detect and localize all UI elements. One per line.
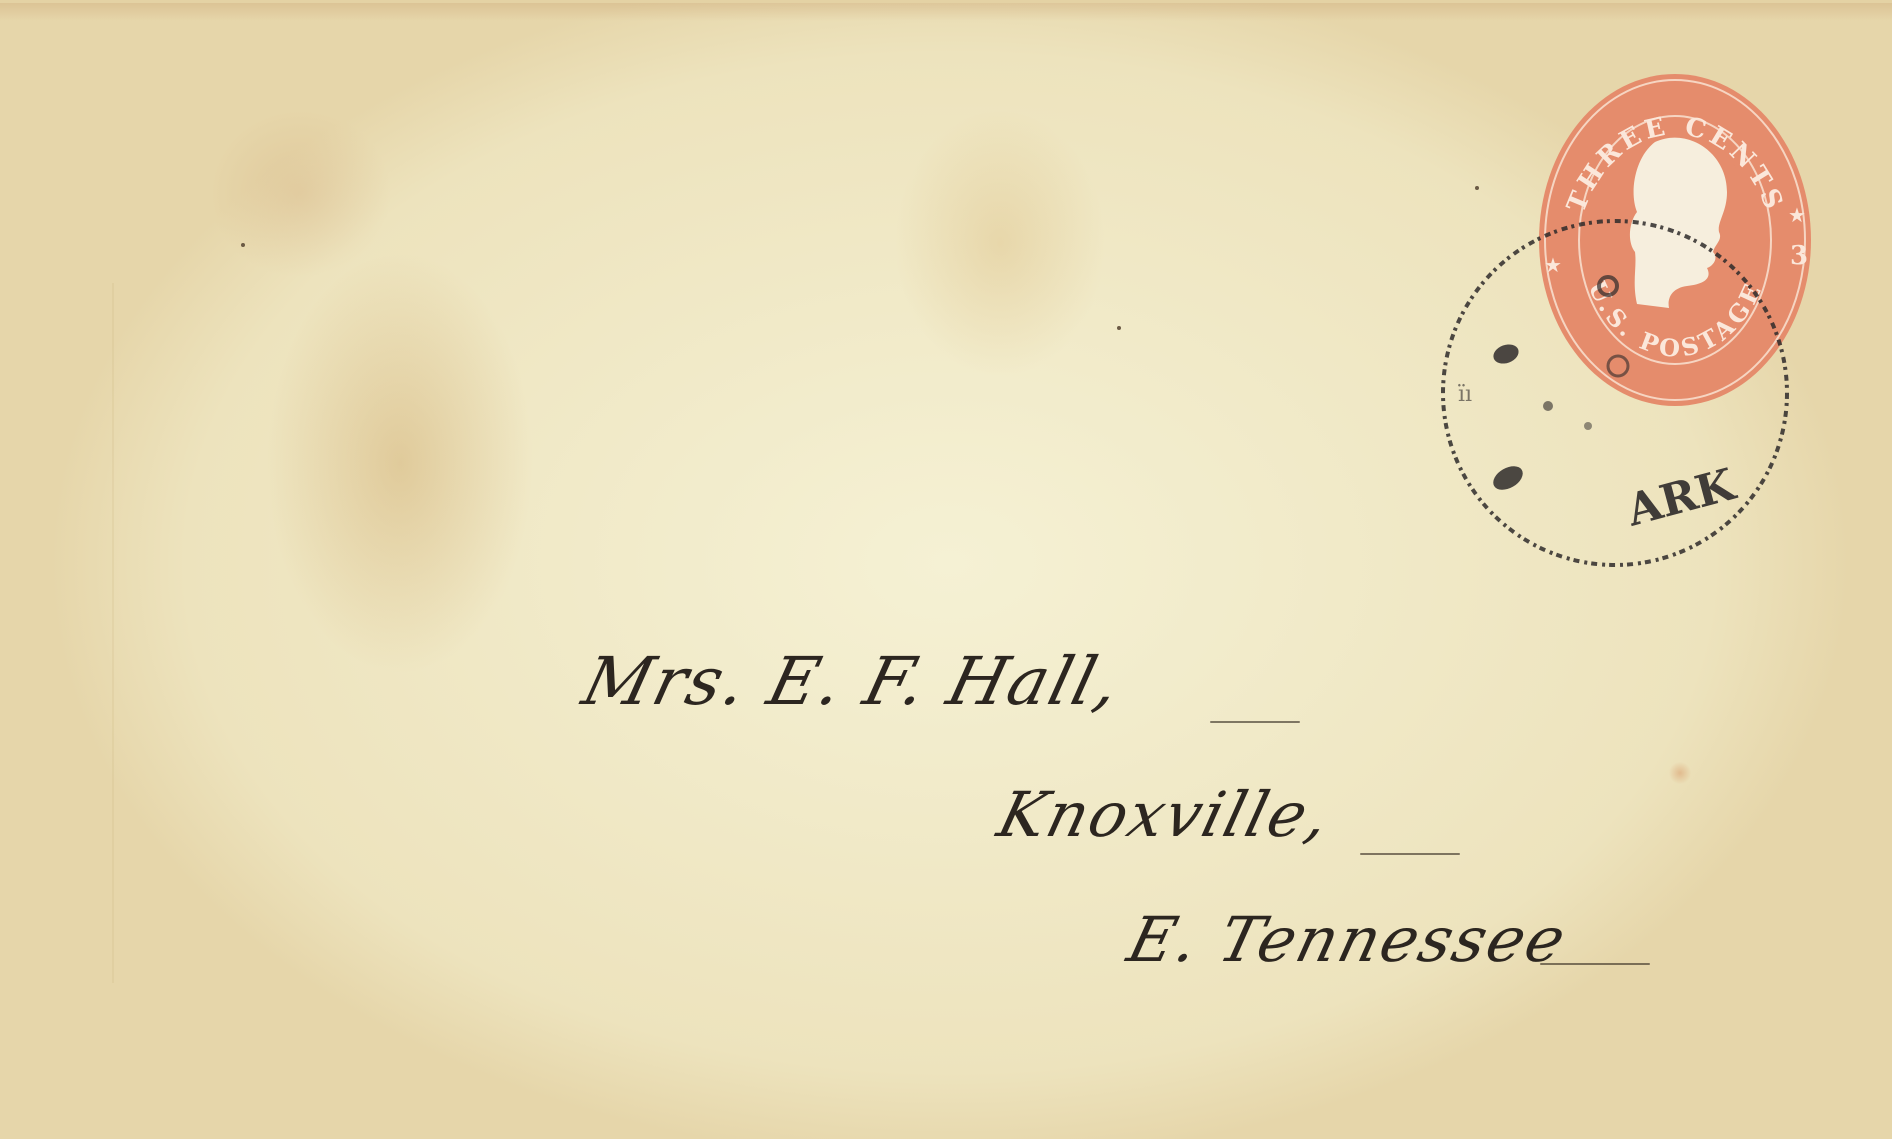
underline-flourish	[1540, 963, 1650, 965]
postmark-text: ARK	[1621, 459, 1742, 537]
address-city: Knoxville,	[991, 778, 1339, 851]
top-edge-shadow	[0, 3, 1892, 21]
underline-flourish	[1360, 853, 1460, 855]
envelope: THREE CENTS U.S. POSTAGE ★ ★ 3 ı̈ı ARK M…	[0, 0, 1892, 1136]
address-state: E. Tennessee	[1121, 903, 1575, 976]
postmark-cancellation: ı̈ı ARK	[1438, 216, 1793, 571]
paper-speck	[241, 243, 245, 247]
svg-text:ı̈ı: ı̈ı	[1458, 382, 1472, 407]
address-recipient: Mrs. E. F. Hall,	[575, 643, 1129, 720]
paper-speck	[1475, 186, 1479, 190]
paper-crease	[112, 283, 114, 983]
paper-speck	[1117, 326, 1121, 330]
underline-flourish	[1210, 721, 1300, 723]
